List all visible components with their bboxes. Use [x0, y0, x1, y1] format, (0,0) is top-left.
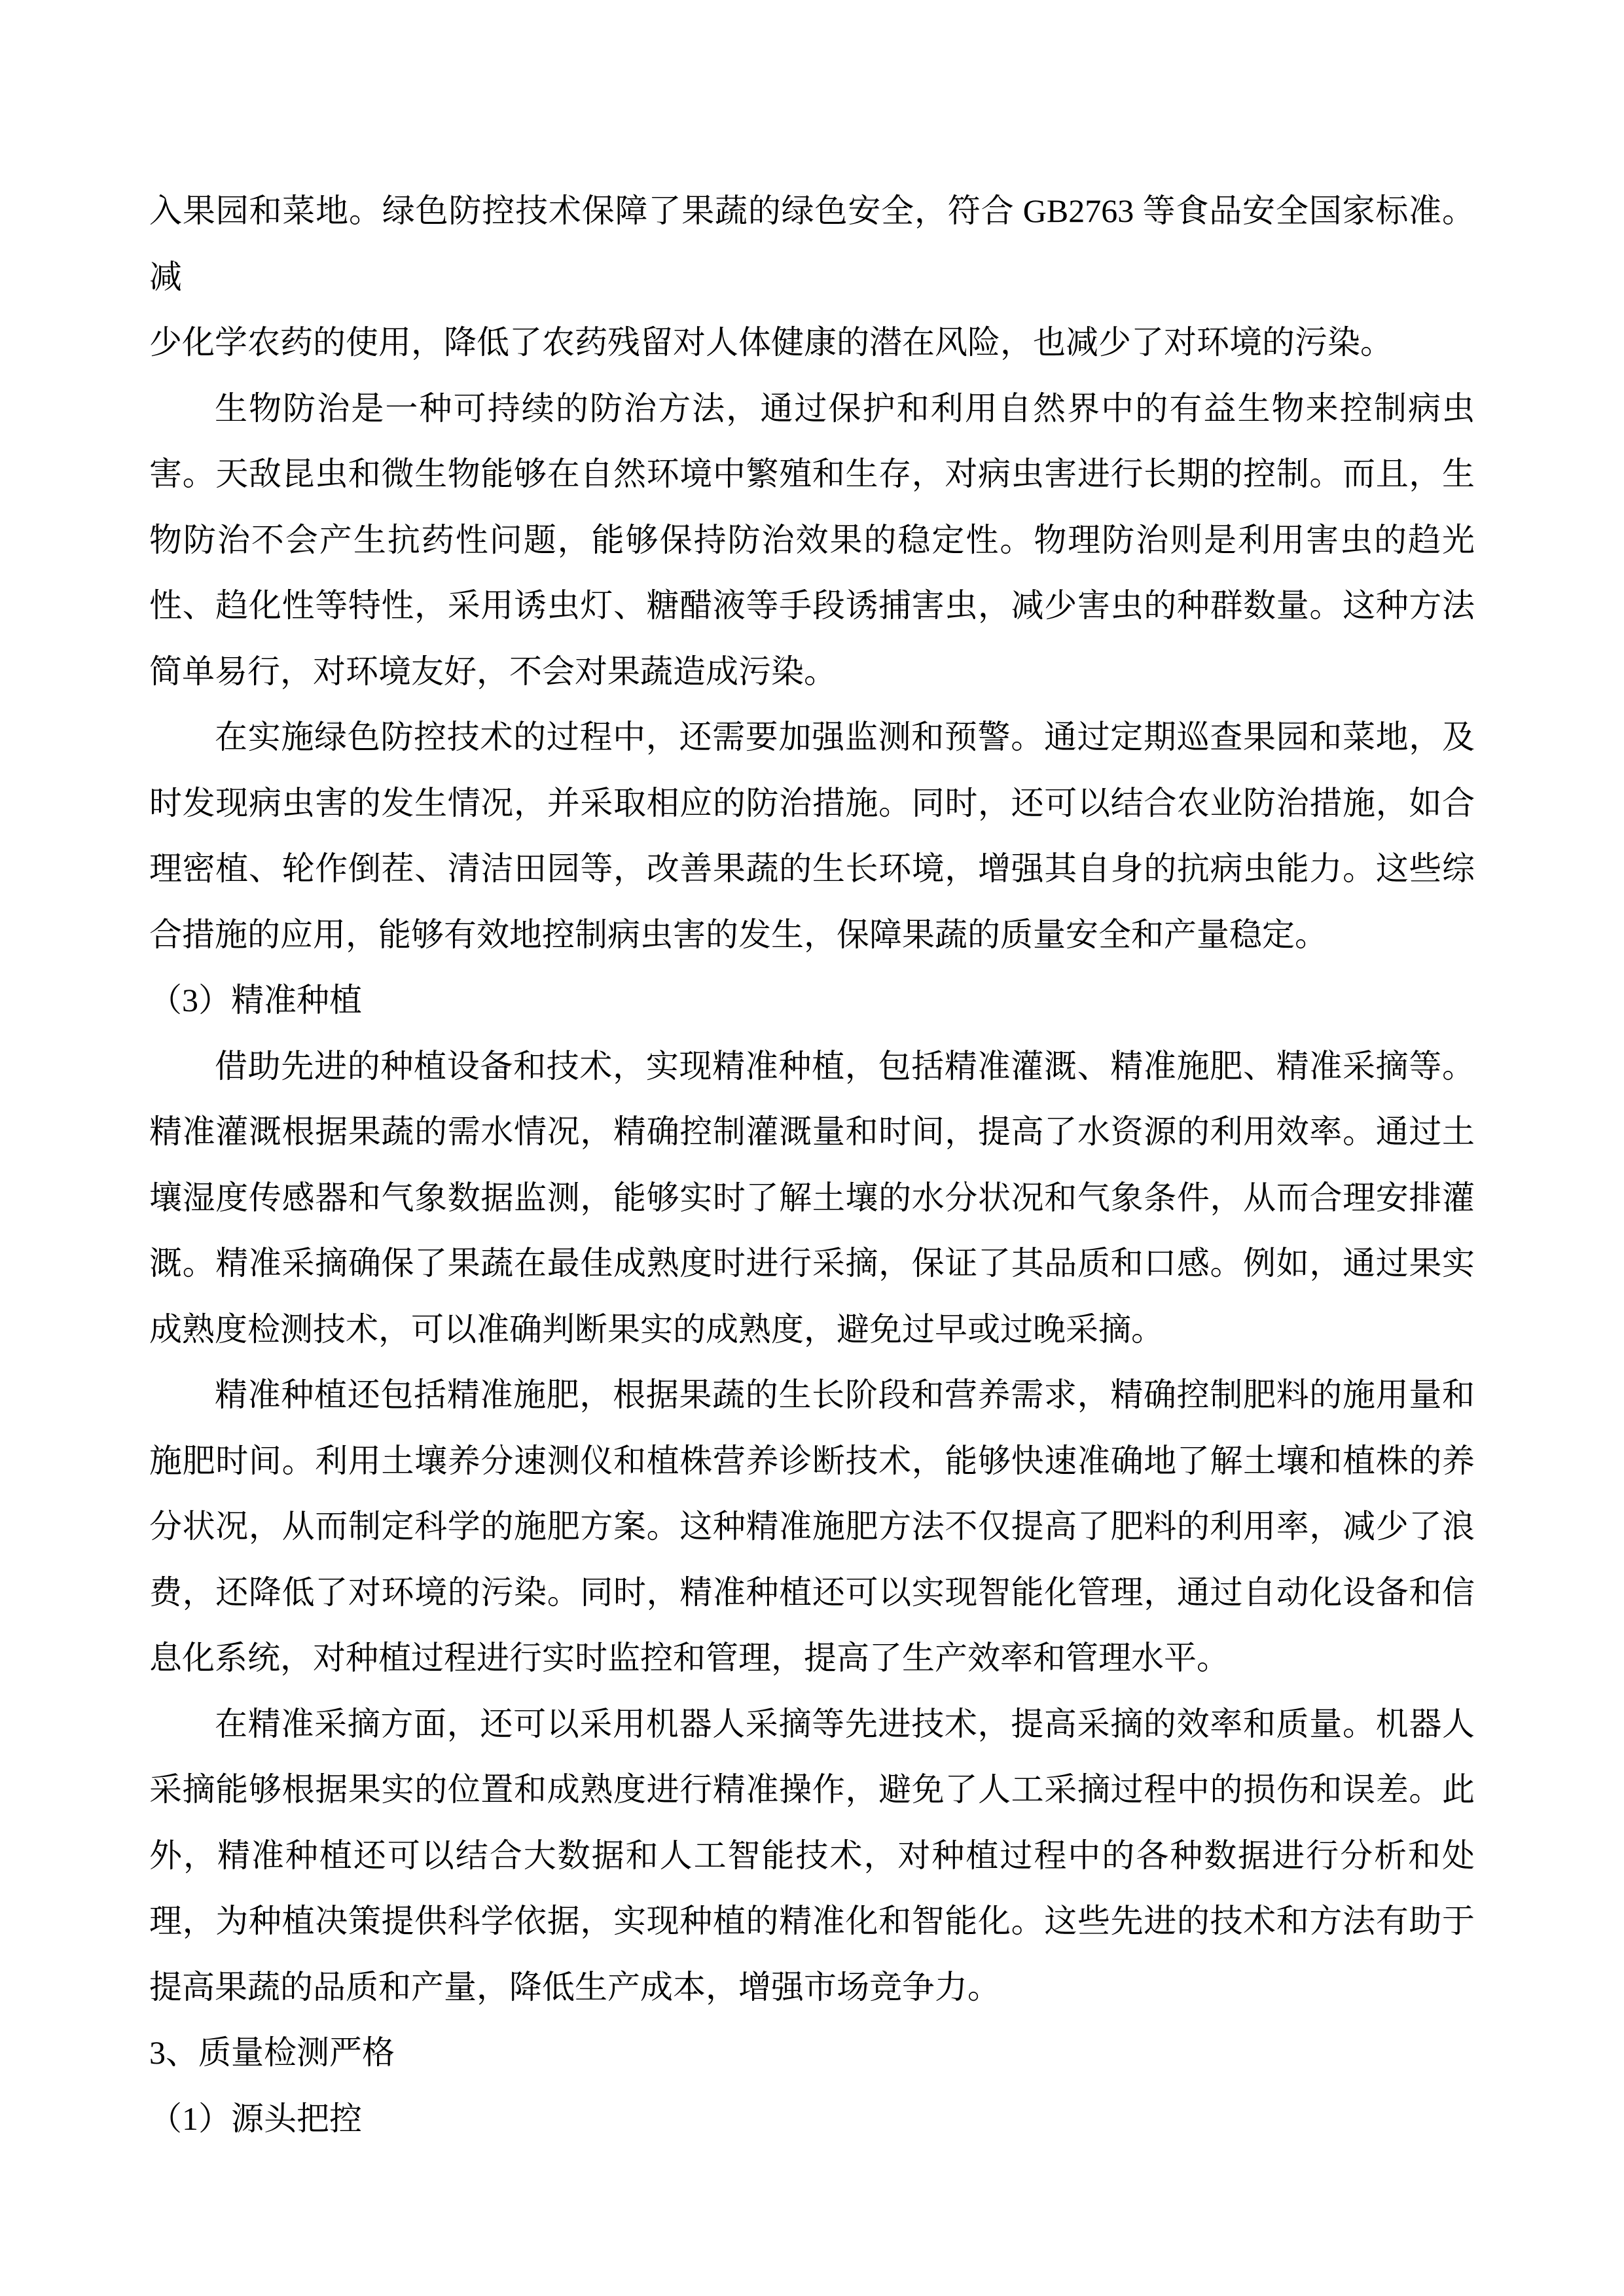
- body-line: 借助先进的种植设备和技术，实现精准种植，包括精准灌溉、精准施肥、精准采摘等。: [149, 1033, 1475, 1100]
- body-line: 精准种植还包括精准施肥，根据果蔬的生长阶段和营养需求，精确控制肥料的施用量和: [149, 1362, 1475, 1428]
- body-line: 理密植、轮作倒茬、清洁田园等，改善果蔬的生长环境，增强其自身的抗病虫能力。这些综: [149, 836, 1475, 902]
- heading-line: 3、质量检测严格: [149, 2020, 1475, 2086]
- body-line: 时发现病虫害的发生情况，并采取相应的防治措施。同时，还可以结合农业防治措施，如合: [149, 770, 1475, 836]
- body-line: 理，为种植决策提供科学依据，实现种植的精准化和智能化。这些先进的技术和方法有助于: [149, 1888, 1475, 1954]
- heading-line: （3）精准种植: [149, 967, 1475, 1033]
- body-line: 费，还降低了对环境的污染。同时，精准种植还可以实现智能化管理，通过自动化设备和信: [149, 1560, 1475, 1626]
- body-line: 在实施绿色防控技术的过程中，还需要加强监测和预警。通过定期巡查果园和菜地，及: [149, 704, 1475, 770]
- body-line: 成熟度检测技术，可以准确判断果实的成熟度，避免过早或过晚采摘。: [149, 1297, 1475, 1363]
- body-line: 提高果蔬的品质和产量，降低生产成本，增强市场竞争力。: [149, 1954, 1475, 2020]
- body-line: 施肥时间。利用土壤养分速测仪和植株营养诊断技术，能够快速准确地了解土壤和植株的养: [149, 1428, 1475, 1494]
- body-line: 精准灌溉根据果蔬的需水情况，精确控制灌溉量和时间，提高了水资源的利用效率。通过土: [149, 1099, 1475, 1165]
- body-line: 合措施的应用，能够有效地控制病虫害的发生，保障果蔬的质量安全和产量稳定。: [149, 902, 1475, 968]
- text-block: 入果园和菜地。绿色防控技术保障了果蔬的绿色安全，符合 GB2763 等食品安全国…: [149, 178, 1475, 2151]
- body-line: 在精准采摘方面，还可以采用机器人采摘等先进技术，提高采摘的效率和质量。机器人: [149, 1691, 1475, 1757]
- body-line: 生物防治是一种可持续的防治方法，通过保护和利用自然界中的有益生物来控制病虫: [149, 376, 1475, 442]
- body-line: 外，精准种植还可以结合大数据和人工智能技术，对种植过程中的各种数据进行分析和处: [149, 1823, 1475, 1889]
- body-line: 性、趋化性等特性，采用诱虫灯、糖醋液等手段诱捕害虫，减少害虫的种群数量。这种方法: [149, 573, 1475, 639]
- body-line: 入果园和菜地。绿色防控技术保障了果蔬的绿色安全，符合 GB2763 等食品安全国…: [149, 178, 1475, 310]
- body-line: 物防治不会产生抗药性问题，能够保持防治效果的稳定性。物理防治则是利用害虫的趋光: [149, 507, 1475, 573]
- body-line: 壤湿度传感器和气象数据监测，能够实时了解土壤的水分状况和气象条件，从而合理安排灌: [149, 1165, 1475, 1231]
- body-line: 息化系统，对种植过程进行实时监控和管理，提高了生产效率和管理水平。: [149, 1625, 1475, 1691]
- body-line: 简单易行，对环境友好，不会对果蔬造成污染。: [149, 639, 1475, 705]
- body-line: 溉。精准采摘确保了果蔬在最佳成熟度时进行采摘，保证了其品质和口感。例如，通过果实: [149, 1230, 1475, 1297]
- body-line: 害。天敌昆虫和微生物能够在自然环境中繁殖和生存，对病虫害进行长期的控制。而且，生: [149, 441, 1475, 507]
- body-line: 采摘能够根据果实的位置和成熟度进行精准操作，避免了人工采摘过程中的损伤和误差。此: [149, 1757, 1475, 1823]
- document-page: 入果园和菜地。绿色防控技术保障了果蔬的绿色安全，符合 GB2763 等食品安全国…: [0, 0, 1624, 2296]
- heading-line: （1）源头把控: [149, 2086, 1475, 2152]
- body-line: 分状况，从而制定科学的施肥方案。这种精准施肥方法不仅提高了肥料的利用率，减少了浪: [149, 1494, 1475, 1560]
- body-line: 少化学农药的使用，降低了农药残留对人体健康的潜在风险，也减少了对环境的污染。: [149, 310, 1475, 376]
